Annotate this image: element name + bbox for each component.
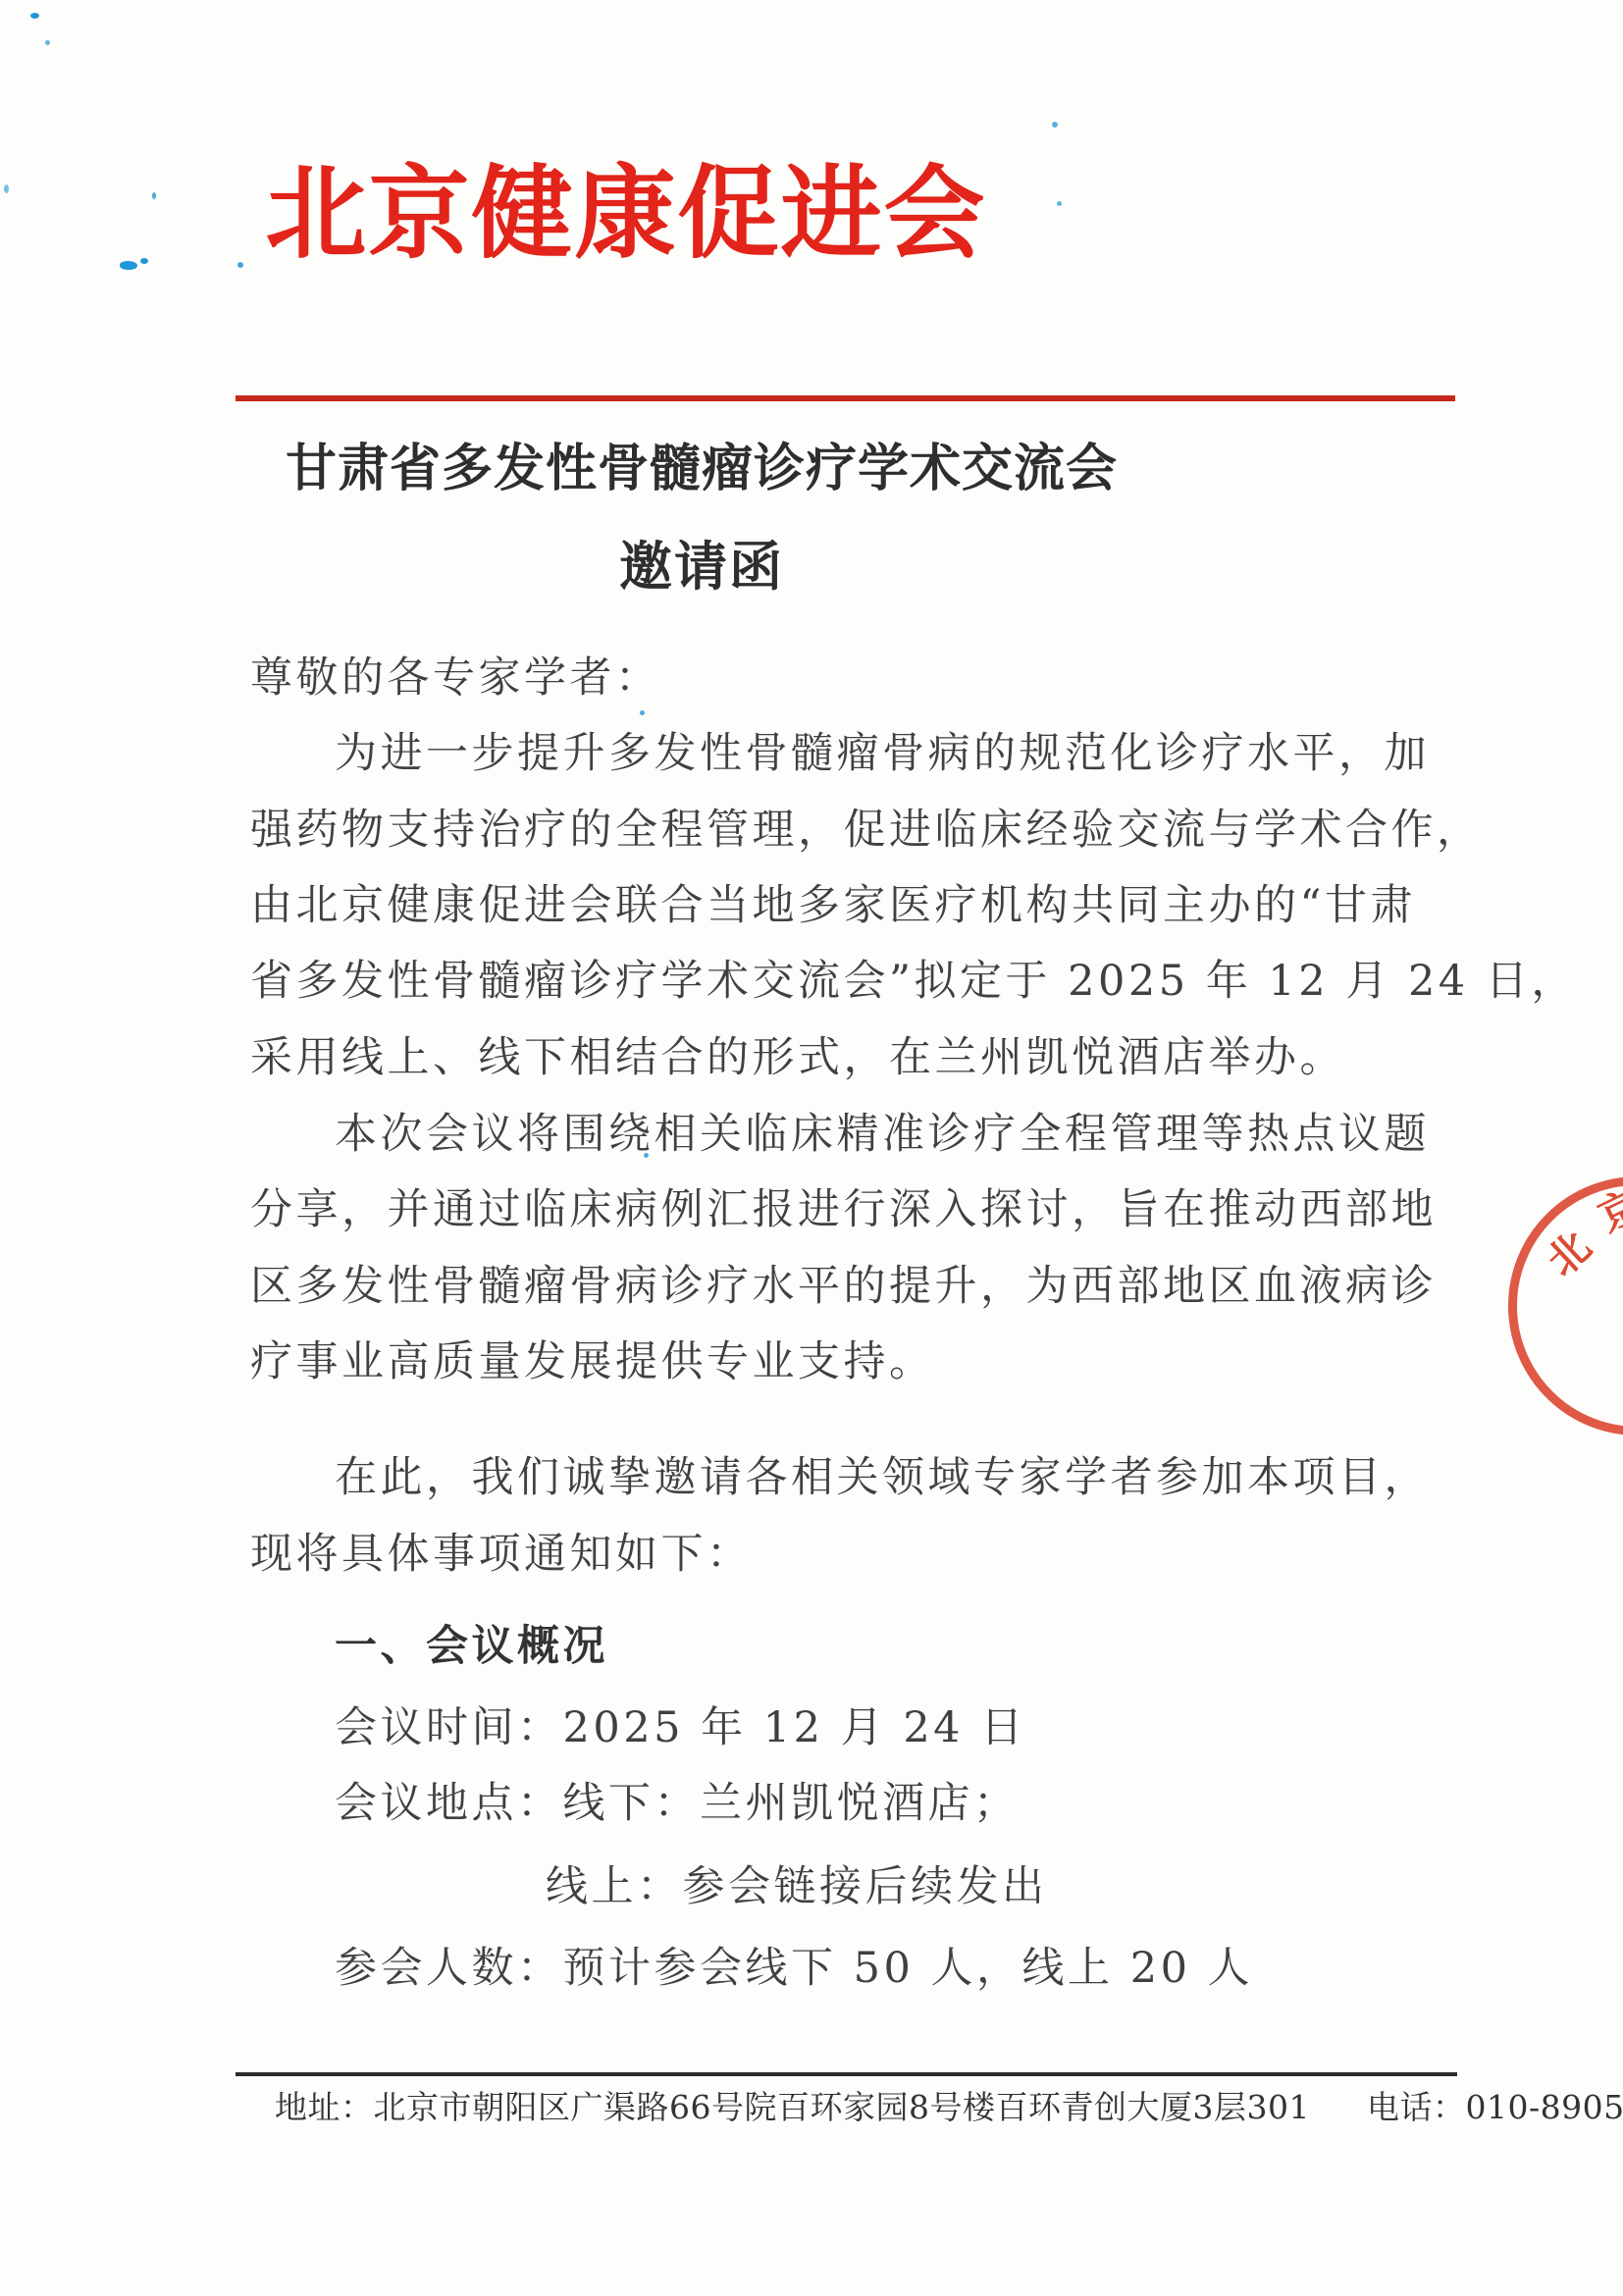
footer: 地址：北京市朝阳区广渠路66号院百环家园8号楼百环青创大厦3层301 电话：01… xyxy=(275,2086,1492,2129)
document-title: 甘肃省多发性骨髓瘤诊疗学术交流会 xyxy=(236,435,1168,503)
invitation-letter-page: 北京健康促进会 甘肃省多发性骨髓瘤诊疗学术交流会 邀请函 尊敬的各专家学者： 为… xyxy=(0,0,1623,2296)
scan-speck xyxy=(152,192,156,199)
body-line: 由北京健康促进会联合当地多家医疗机构共同主办的“甘肃 xyxy=(250,880,1416,931)
footer-phone-text: 电话：010-89056096 xyxy=(1367,2088,1623,2126)
body-line: 在此，我们诚挚邀请各相关领域专家学者参加本项目， xyxy=(335,1452,1430,1503)
document-subtitle: 邀请函 xyxy=(236,533,1168,601)
scan-speck xyxy=(140,258,148,264)
body-line: 现将具体事项通知如下： xyxy=(250,1529,753,1580)
meeting-location-line: 会议地点：线下：兰州凯悦酒店； xyxy=(335,1778,1020,1829)
body-line: 分享，并通过临床病例汇报进行深入探讨，旨在推动西部地 xyxy=(250,1184,1437,1235)
scan-speck xyxy=(4,184,9,193)
scan-speck xyxy=(644,1153,649,1158)
body-line: 为进一步提升多发性骨髓瘤骨病的规范化诊疗水平，加 xyxy=(335,728,1430,779)
meeting-location-line: 线上：参会链接后续发出 xyxy=(546,1861,1048,1912)
scan-speck xyxy=(120,261,137,270)
body-line: 本次会议将围绕相关临床精准诊疗全程管理等热点议题 xyxy=(335,1109,1430,1160)
body-line: 省多发性骨髓瘤诊疗学术交流会”拟定于 2025 年 12 月 24 日， xyxy=(250,956,1577,1007)
footer-divider-line xyxy=(236,2072,1457,2076)
organization-title: 北京健康促进会 xyxy=(253,145,999,283)
footer-phone: 电话：010-89056096 xyxy=(1367,2086,1623,2129)
meeting-time-line: 会议时间：2025 年 12 月 24 日 xyxy=(335,1702,1026,1753)
body-line: 疗事业高质量发展提供专业支持。 xyxy=(250,1336,935,1387)
scan-speck xyxy=(30,13,39,19)
scan-speck xyxy=(45,40,50,45)
body-line: 采用线上、线下相结合的形式，在兰州凯悦酒店举办。 xyxy=(250,1032,1345,1083)
header-divider-line xyxy=(236,395,1455,401)
body-line: 强药物支持治疗的全程管理，促进临床经验交流与学术合作， xyxy=(250,805,1483,856)
scan-speck xyxy=(1052,122,1058,128)
scan-speck xyxy=(640,710,645,715)
scan-speck xyxy=(237,262,243,268)
footer-address: 地址：北京市朝阳区广渠路66号院百环家园8号楼百环青创大厦3层301 xyxy=(275,2086,1310,2129)
attendee-count-line: 参会人数：预计参会线下 50 人，线上 20 人 xyxy=(335,1943,1253,1994)
scan-speck xyxy=(1057,201,1062,206)
section-heading: 一、会议概况 xyxy=(335,1621,608,1672)
body-line: 区多发性骨髓瘤骨病诊疗水平的提升，为西部地区血液病诊 xyxy=(250,1261,1437,1312)
salutation: 尊敬的各专家学者： xyxy=(250,652,661,704)
